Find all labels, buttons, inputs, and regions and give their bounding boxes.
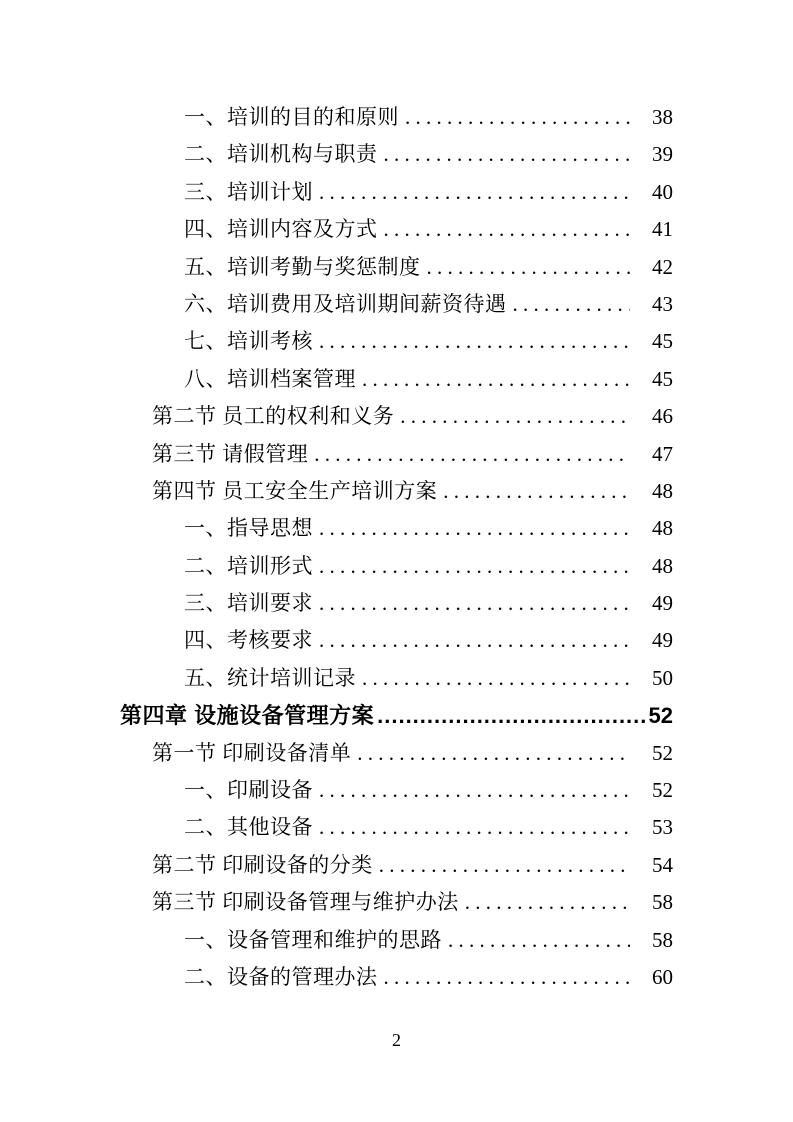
toc-entry-page: 58 bbox=[639, 922, 673, 959]
toc-entry-page: 60 bbox=[639, 959, 673, 996]
toc-entry-label: 第二节 印刷设备的分类 bbox=[152, 847, 373, 884]
toc-entry-label: 第三节 印刷设备管理与维护办法 bbox=[152, 884, 459, 921]
dot-leader: . . . . . . . . . . . . . . . . . . . . … bbox=[313, 809, 630, 846]
toc-entry[interactable]: 一、培训的目的和原则. . . . . . . . . . . . . . . … bbox=[120, 99, 673, 136]
page-number: 2 bbox=[392, 1030, 401, 1050]
toc-entry[interactable]: 一、设备管理和维护的思路. . . . . . . . . . . . . . … bbox=[120, 922, 673, 959]
toc-entry-label: 一、培训的目的和原则 bbox=[184, 99, 399, 136]
toc-entry[interactable]: 一、印刷设备. . . . . . . . . . . . . . . . . … bbox=[120, 772, 673, 809]
dot-leader: . . . . . . . . . . . . . . . . . . . . … bbox=[378, 959, 631, 996]
toc-entry-page: 49 bbox=[639, 585, 673, 622]
dot-leader: . . . . . . . . . . . . . . . . . . . . … bbox=[459, 884, 630, 921]
toc-entry-page: 41 bbox=[639, 211, 673, 248]
toc-entry-label: 一、指导思想 bbox=[184, 510, 313, 547]
toc-entry-label: 二、培训形式 bbox=[184, 548, 313, 585]
toc-entry[interactable]: 第二节 员工的权利和义务. . . . . . . . . . . . . . … bbox=[120, 398, 673, 435]
dot-leader: . . . . . . . . . . . . . . . . . . . . … bbox=[313, 772, 630, 809]
dot-leader: . . . . . . . . . . . . . . . . . . . . … bbox=[437, 473, 630, 510]
toc-entry-page: 46 bbox=[639, 398, 673, 435]
toc-entry-label: 四、培训内容及方式 bbox=[184, 211, 378, 248]
dot-leader: . . . . . . . . . . . . . . . . . . . . … bbox=[351, 735, 630, 772]
toc-entry-page: 48 bbox=[639, 473, 673, 510]
toc-entry-label: 一、设备管理和维护的思路 bbox=[184, 922, 442, 959]
toc-entry-label: 五、培训考勤与奖惩制度 bbox=[184, 249, 421, 286]
dot-leader: . . . . . . . . . . . . . . . . . . . . … bbox=[507, 286, 631, 323]
toc-entry-label: 一、印刷设备 bbox=[184, 772, 313, 809]
toc-entry[interactable]: 八、培训档案管理. . . . . . . . . . . . . . . . … bbox=[120, 361, 673, 398]
toc-entry[interactable]: 五、培训考勤与奖惩制度. . . . . . . . . . . . . . .… bbox=[120, 249, 673, 286]
dot-leader: . . . . . . . . . . . . . . . . . . . . … bbox=[313, 548, 630, 585]
toc-entry[interactable]: 七、培训考核. . . . . . . . . . . . . . . . . … bbox=[120, 323, 673, 360]
toc-entry[interactable]: 四、培训内容及方式. . . . . . . . . . . . . . . .… bbox=[120, 211, 673, 248]
dot-leader: . . . . . . . . . . . . . . . . . . . . … bbox=[313, 510, 630, 547]
toc-entry-label: 三、培训计划 bbox=[184, 174, 313, 211]
toc-entry[interactable]: 二、培训机构与职责. . . . . . . . . . . . . . . .… bbox=[120, 136, 673, 173]
toc-entry[interactable]: 六、培训费用及培训期间薪资待遇. . . . . . . . . . . . .… bbox=[120, 286, 673, 323]
document-page: 一、培训的目的和原则. . . . . . . . . . . . . . . … bbox=[0, 0, 793, 1122]
toc-entry-label: 六、培训费用及培训期间薪资待遇 bbox=[184, 286, 507, 323]
toc-entry[interactable]: 第二节 印刷设备的分类. . . . . . . . . . . . . . .… bbox=[120, 847, 673, 884]
dot-leader: . . . . . . . . . . . . . . . . . . . . … bbox=[313, 622, 630, 659]
toc-entry[interactable]: 二、培训形式. . . . . . . . . . . . . . . . . … bbox=[120, 548, 673, 585]
dot-leader: ........................................… bbox=[374, 697, 647, 734]
toc-entry-page: 39 bbox=[639, 136, 673, 173]
toc-entry[interactable]: 一、指导思想. . . . . . . . . . . . . . . . . … bbox=[120, 510, 673, 547]
toc-entry-page: 45 bbox=[639, 361, 673, 398]
toc-entry-label: 八、培训档案管理 bbox=[184, 361, 356, 398]
toc-entry-label: 七、培训考核 bbox=[184, 323, 313, 360]
toc-entry-page: 58 bbox=[639, 884, 673, 921]
toc-entry-label: 二、其他设备 bbox=[184, 809, 313, 846]
toc-entry-label: 四、考核要求 bbox=[184, 622, 313, 659]
toc-entry-label: 第二节 员工的权利和义务 bbox=[152, 398, 394, 435]
toc-entry-page: 54 bbox=[639, 847, 673, 884]
toc-entry[interactable]: 第三节 印刷设备管理与维护办法. . . . . . . . . . . . .… bbox=[120, 884, 673, 921]
toc-entry-page: 52 bbox=[639, 735, 673, 772]
toc-entry-page: 40 bbox=[639, 174, 673, 211]
toc-entry[interactable]: 二、其他设备. . . . . . . . . . . . . . . . . … bbox=[120, 809, 673, 846]
toc-entry-page: 38 bbox=[639, 99, 673, 136]
toc-entry-page: 42 bbox=[639, 249, 673, 286]
toc-entry[interactable]: 第四节 员工安全生产培训方案. . . . . . . . . . . . . … bbox=[120, 473, 673, 510]
dot-leader: . . . . . . . . . . . . . . . . . . . . … bbox=[373, 847, 630, 884]
dot-leader: . . . . . . . . . . . . . . . . . . . . … bbox=[421, 249, 631, 286]
dot-leader: . . . . . . . . . . . . . . . . . . . . … bbox=[442, 922, 630, 959]
toc-entry-page: 53 bbox=[639, 809, 673, 846]
toc-entry[interactable]: 五、统计培训记录. . . . . . . . . . . . . . . . … bbox=[120, 660, 673, 697]
dot-leader: . . . . . . . . . . . . . . . . . . . . … bbox=[399, 99, 630, 136]
dot-leader: . . . . . . . . . . . . . . . . . . . . … bbox=[394, 398, 630, 435]
toc-entry-label: 第一节 印刷设备清单 bbox=[152, 735, 351, 772]
dot-leader: . . . . . . . . . . . . . . . . . . . . … bbox=[356, 361, 630, 398]
dot-leader: . . . . . . . . . . . . . . . . . . . . … bbox=[308, 436, 630, 473]
toc-entry-label: 第四节 员工安全生产培训方案 bbox=[152, 473, 437, 510]
toc-entry[interactable]: 二、设备的管理办法. . . . . . . . . . . . . . . .… bbox=[120, 959, 673, 996]
table-of-contents: 一、培训的目的和原则. . . . . . . . . . . . . . . … bbox=[120, 99, 673, 996]
toc-entry[interactable]: 第三节 请假管理. . . . . . . . . . . . . . . . … bbox=[120, 436, 673, 473]
toc-entry-page: 45 bbox=[639, 323, 673, 360]
dot-leader: . . . . . . . . . . . . . . . . . . . . … bbox=[313, 174, 630, 211]
toc-entry-page: 48 bbox=[639, 548, 673, 585]
toc-entry-label: 第三节 请假管理 bbox=[152, 436, 308, 473]
toc-entry-page: 47 bbox=[639, 436, 673, 473]
toc-entry-label: 二、设备的管理办法 bbox=[184, 959, 378, 996]
toc-entry[interactable]: 第四章 设施设备管理方案............................… bbox=[120, 697, 673, 734]
dot-leader: . . . . . . . . . . . . . . . . . . . . … bbox=[313, 323, 630, 360]
dot-leader: . . . . . . . . . . . . . . . . . . . . … bbox=[356, 660, 630, 697]
toc-entry-label: 三、培训要求 bbox=[184, 585, 313, 622]
toc-entry-label: 五、统计培训记录 bbox=[184, 660, 356, 697]
toc-entry[interactable]: 第一节 印刷设备清单. . . . . . . . . . . . . . . … bbox=[120, 735, 673, 772]
toc-entry-page: 52 bbox=[639, 772, 673, 809]
dot-leader: . . . . . . . . . . . . . . . . . . . . … bbox=[313, 585, 630, 622]
dot-leader: . . . . . . . . . . . . . . . . . . . . … bbox=[378, 211, 631, 248]
toc-entry-label: 第四章 设施设备管理方案 bbox=[120, 697, 374, 734]
toc-entry[interactable]: 三、培训计划. . . . . . . . . . . . . . . . . … bbox=[120, 174, 673, 211]
toc-entry[interactable]: 三、培训要求. . . . . . . . . . . . . . . . . … bbox=[120, 585, 673, 622]
toc-entry-page: 43 bbox=[639, 286, 673, 323]
toc-entry-page: 50 bbox=[639, 660, 673, 697]
toc-entry-page: 49 bbox=[639, 622, 673, 659]
toc-entry-label: 二、培训机构与职责 bbox=[184, 136, 378, 173]
toc-entry[interactable]: 四、考核要求. . . . . . . . . . . . . . . . . … bbox=[120, 622, 673, 659]
dot-leader: . . . . . . . . . . . . . . . . . . . . … bbox=[378, 136, 631, 173]
toc-entry-page: 48 bbox=[639, 510, 673, 547]
toc-entry-page: 52 bbox=[649, 697, 673, 734]
page-footer: 2 bbox=[0, 1026, 793, 1054]
